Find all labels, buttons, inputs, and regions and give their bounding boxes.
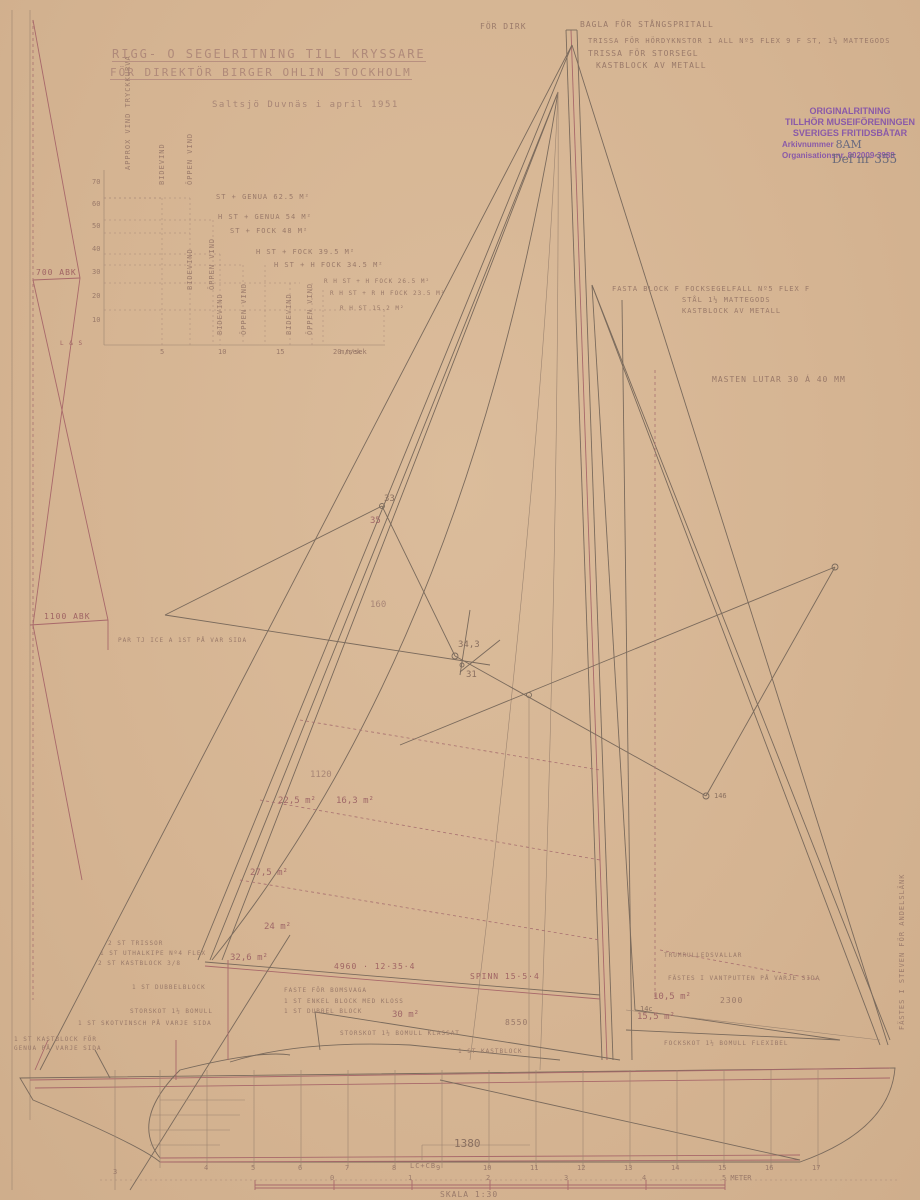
chart-series-label: ST + GENUA 62.5 m²: [216, 193, 310, 201]
boom-dimension: 4960 · 12·35·4: [334, 962, 415, 971]
rig-note-10: 1 ST ENKEL BLOCK MED KLOSS: [284, 998, 404, 1005]
stamp-line-2: TILLHÖR MUSEIFÖRENINGEN: [782, 117, 918, 128]
station-number: 4: [204, 1164, 208, 1172]
point-34-3: 34,3: [458, 640, 480, 650]
rig-note-1: 2 ST TRISSOR: [108, 940, 163, 947]
chart-column-label: ÖPPEN VIND: [306, 283, 314, 335]
station-number: 17: [812, 1164, 820, 1172]
rig-note-5: STORSKOT 1½ BOMULL: [130, 1008, 213, 1015]
area-24: 24 m²: [264, 922, 291, 932]
scale-tick: 2: [486, 1174, 490, 1182]
station-number: 13: [624, 1164, 632, 1172]
area-27-5: 27,5 m²: [250, 868, 288, 878]
chart-column-label: BIDEVIND: [158, 143, 166, 185]
note-top-4: KASTBLOCK AV METALL: [596, 61, 707, 70]
chart-series-label: R H ST + H FOCK 26.5 m²: [324, 278, 430, 285]
rig-note-13: 1 ST KASTBLOCK: [458, 1048, 523, 1055]
y-tick-30: 30: [92, 268, 100, 276]
chart-column-label: ÖPPEN VIND: [208, 238, 216, 290]
rig-note-16: FÄSTES I VANTPUTTEN PÅ VARJE SIDA: [668, 975, 820, 982]
label-1120: 1120: [310, 770, 332, 780]
rig-note-7: 1 ST KASTBLOCK FÖR: [14, 1036, 97, 1043]
rig-note-14: FOCKSKOT 1½ BOMULL FLEXIBEL: [664, 1040, 789, 1047]
y-tick-20: 20: [92, 292, 100, 300]
y-tick-50: 50: [92, 222, 100, 230]
area-10-5: 10,5 m²: [653, 992, 691, 1002]
chart-column-label: BIDEVIND: [186, 248, 194, 290]
point-33: 33: [384, 494, 395, 504]
chart-series-label: ST + FOCK 48 m²: [230, 227, 308, 235]
rig-note-18: FÄSTES I STEVEN FÖR ANDELSLÄNK: [898, 874, 906, 1030]
scale-tick: 3: [564, 1174, 568, 1182]
chart-column-label: BIDEVIND: [285, 293, 293, 335]
note-mid-2: STÅL 1½ MATTEGODS: [682, 296, 771, 304]
chart-series-label: H ST + GENUA 54 m²: [218, 213, 312, 221]
station-number: 11: [530, 1164, 538, 1172]
point-146: 146: [714, 792, 727, 800]
note-top-1: BAGLA FÖR STÅNGSPRITALL: [580, 20, 714, 29]
upper-spreader-label: 700 ABK: [36, 268, 77, 277]
y-tick-60: 60: [92, 200, 100, 208]
note-top-left: FÖR DIRK: [480, 22, 527, 31]
x-axis-label: m/sek: [340, 348, 361, 356]
rig-note-11: 1 ST DUBBEL BLOCK: [284, 1008, 362, 1015]
chart-series-label: R H ST + R H FOCK 23.5 m²: [330, 290, 445, 297]
drawing-title: RIGG- o SEGELRITNING till KRYSSARE: [112, 47, 426, 62]
chart-column-label: BIDEVIND: [216, 293, 224, 335]
station-number: 15: [718, 1164, 726, 1172]
rig-note-3: 2 ST KASTBLOCK 3/8: [98, 960, 181, 967]
station-number: 3: [113, 1168, 117, 1176]
dimension-2300: 2300: [720, 996, 743, 1005]
chart-column-label: APPROX VIND TRYCKKURVA: [124, 55, 132, 170]
sail-plan-drawing: RIGG- o SEGELRITNING till KRYSSARE FÖR D…: [0, 0, 920, 1200]
note-mast-rake: MASTEN LUTAR 30 Á 40 MM: [712, 375, 846, 384]
area-15-5: 15,5 m²: [637, 1012, 675, 1022]
rig-note-12: STORSKOT 1½ BOMULL KLASSAT: [340, 1030, 460, 1037]
area-32-6: 32,6 m²: [230, 953, 268, 963]
station-number: 16: [765, 1164, 773, 1172]
label-160: 160: [370, 600, 386, 610]
rig-note-2: 1 ST UTHALKIPE Nº4 FLEX: [100, 950, 206, 957]
station-number: 5: [251, 1164, 255, 1172]
x-tick-15: 15: [276, 348, 284, 356]
x-tick-5: 5: [160, 348, 164, 356]
spinnaker-pole-dimension: SPINN 15·5·4: [470, 972, 540, 981]
chart-column-label: ÖPPEN VIND: [186, 133, 194, 185]
y-tick-40: 40: [92, 245, 100, 253]
chart-series-label: H ST + FOCK 39.5 m²: [256, 248, 355, 256]
def-nr: Def nr 355: [832, 152, 897, 166]
area-16-3: 16,3 m²: [336, 796, 374, 806]
note-top-3: TRISSA FÖR STORSEGL: [588, 49, 699, 58]
hull: [20, 935, 895, 1190]
dimension-1380: 1380: [454, 1137, 481, 1150]
stamp-arkiv-label: Arkivnummer: [782, 139, 834, 150]
station-number: 9: [436, 1164, 440, 1172]
area-22-5: 22,5 m²: [278, 796, 316, 806]
lower-spreader-label: 1100 ABK: [44, 612, 91, 621]
station-number: 7: [345, 1164, 349, 1172]
note-top-2: TRISSA FÖR HÖRDYKNSTOR 1 ALL Nº5 FLEX 9 …: [588, 37, 890, 45]
stamp-arkiv-row: Arkivnummer 8AM: [782, 139, 918, 150]
mast-mark-14c: 14c: [640, 1005, 653, 1013]
dimension-8550: 8550: [505, 1018, 528, 1027]
scale-tick: 4: [642, 1174, 646, 1182]
backstay: [572, 45, 888, 1045]
chart-series-label: R H ST 15.2 m²: [340, 305, 405, 312]
stamp-line-1: ORIGINALRITNING: [782, 106, 918, 117]
rig-note-8: GENUA PÅ VARJE SIDA: [14, 1045, 102, 1052]
station-number: 8: [392, 1164, 396, 1172]
station-number: 6: [298, 1164, 302, 1172]
point-31: 31: [466, 670, 477, 680]
x-tick-10: 10: [218, 348, 226, 356]
y-tick-70: 70: [92, 178, 100, 186]
spreader-vertical-label: L & S: [60, 340, 83, 347]
station-number: 14: [671, 1164, 679, 1172]
station-number: 12: [577, 1164, 585, 1172]
scale-tick: 0: [330, 1174, 334, 1182]
drawing-client: FÖR DIREKTÖR BIRGER OHLIN STOCKHOLM: [110, 66, 412, 80]
place-date: Saltsjö Duvnäs i april 1951: [212, 100, 399, 110]
rig-note-9: FASTE FÖR BOMSVAGA: [284, 987, 367, 994]
chart-column-label: ÖPPEN VIND: [240, 283, 248, 335]
spreader-diagram: [30, 20, 108, 1000]
scale-label: SKALA 1:30: [440, 1190, 498, 1199]
rig-note-4: 1 ST DUBBELBLOCK: [132, 984, 206, 991]
mast: [566, 30, 632, 1060]
spreader-note: PAR TJ ICE A 1ST PÅ VAR SIDA: [118, 637, 247, 644]
point-35: 35: [370, 516, 381, 526]
station-number: 10: [483, 1164, 491, 1172]
scale-tick: 5 METER: [722, 1174, 752, 1182]
stamp-arkiv-value: 8AM: [836, 139, 862, 150]
rig-note-6: 1 ST SKOTVINSCH PÅ VARJE SIDA: [78, 1020, 212, 1027]
note-mid-3: KASTBLOCK AV METALL: [682, 307, 781, 315]
rig-note-15: TRUMRULLEDSVALLAR: [664, 952, 742, 959]
lc-cb-marker: LC+CB: [410, 1162, 436, 1170]
y-tick-10: 10: [92, 316, 100, 324]
chart-series-label: H ST + H FOCK 34.5 m²: [274, 261, 384, 269]
area-30: 30 m²: [392, 1010, 419, 1020]
note-mid-1: FASTA BLOCK F FOCKSEGELFALL Nº5 FLEX F: [612, 285, 810, 293]
scale-tick: 1: [408, 1174, 412, 1182]
